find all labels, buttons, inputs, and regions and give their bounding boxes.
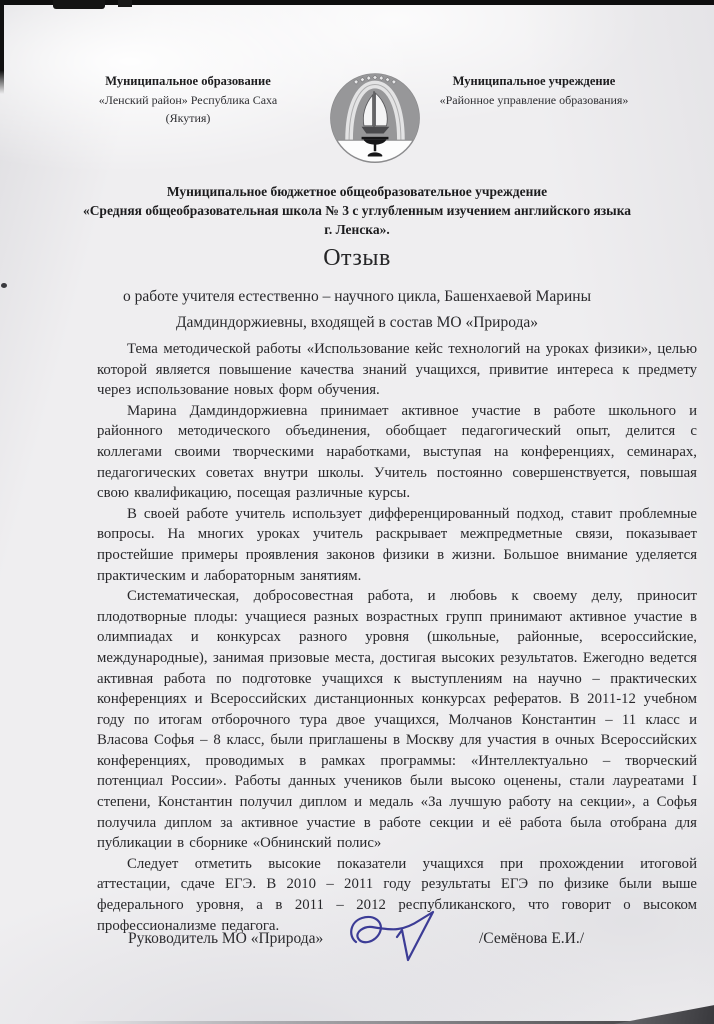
subtitle-line2: Дамдиндоржиевны, входящей в состав МО «П… bbox=[0, 310, 714, 336]
scanned-document-page: Муниципальное образование «Ленский район… bbox=[0, 0, 714, 1024]
scan-edge-top bbox=[0, 0, 714, 5]
document-title: Отзыв bbox=[0, 243, 714, 273]
document-body: Тема методической работы «Использование … bbox=[97, 339, 697, 936]
signatory-name: /Семёнова Е.И./ bbox=[479, 930, 584, 948]
paragraph-methods: В своей работе учитель использует диффер… bbox=[97, 504, 697, 586]
paragraph-achievements: Систематическая, добросовестная работа, … bbox=[97, 586, 697, 854]
signature-row: Руководитель МО «Природа» /Семёнова Е.И.… bbox=[0, 916, 714, 986]
scan-edge-notch bbox=[53, 0, 105, 9]
org-left-line3: (Якутия) bbox=[72, 109, 304, 127]
school-name-block: Муниципальное бюджетное общеобразователь… bbox=[0, 182, 714, 239]
org-right-line2: «Районное управление образования» bbox=[408, 91, 660, 109]
org-right-block: Муниципальное учреждение «Районное управ… bbox=[408, 72, 660, 109]
org-right-title: Муниципальное учреждение bbox=[408, 72, 660, 91]
paragraph-topic: Тема методической работы «Использование … bbox=[97, 339, 697, 401]
paragraph-participation: Марина Дамдиндоржиевна принимает активно… bbox=[97, 401, 697, 504]
org-left-line2: «Ленский район» Республика Саха bbox=[72, 91, 304, 109]
school-name-line2: «Средняя общеобразовательная школа № 3 с… bbox=[0, 201, 714, 220]
school-name-line1: Муниципальное бюджетное общеобразователь… bbox=[0, 182, 714, 201]
school-name-line3: г. Ленска». bbox=[0, 220, 714, 239]
letterhead: Муниципальное образование «Ленский район… bbox=[0, 66, 714, 184]
subtitle-line1: о работе учителя естественно – научного … bbox=[0, 284, 714, 310]
signatory-role: Руководитель МО «Природа» bbox=[128, 930, 323, 948]
org-left-title: Муниципальное образование bbox=[72, 72, 304, 91]
handwritten-signature-icon bbox=[340, 902, 460, 972]
scan-edge-notch-small bbox=[118, 0, 132, 7]
document-subtitle: о работе учителя естественно – научного … bbox=[0, 284, 714, 336]
org-left-block: Муниципальное образование «Ленский район… bbox=[72, 72, 304, 127]
